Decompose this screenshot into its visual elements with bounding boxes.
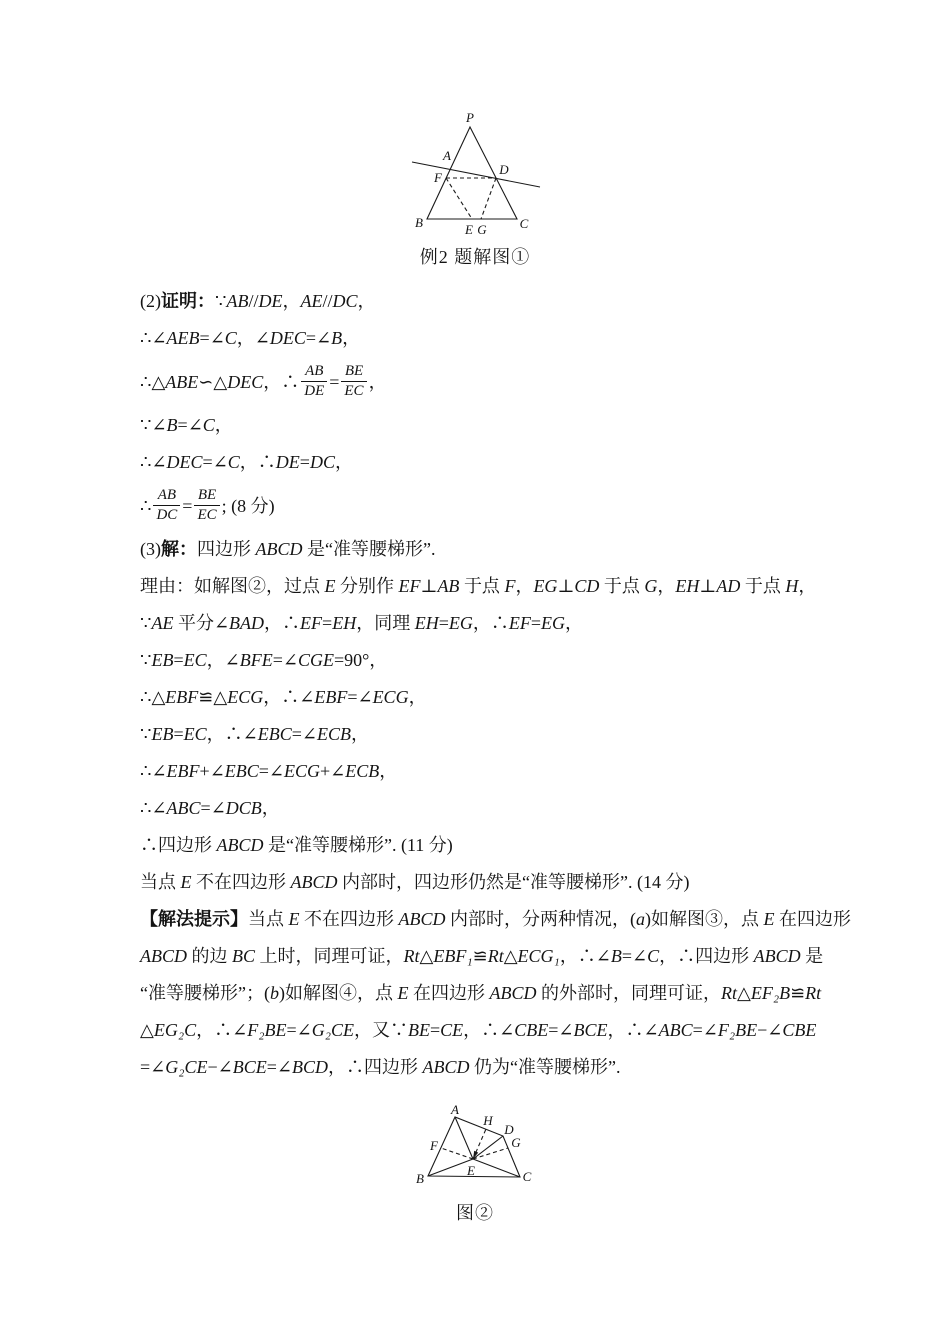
fig1-label-G: G (477, 222, 487, 237)
bold-label: 证明： (161, 291, 215, 311)
proof-line-3: ∴△ABE∽△DEC，∴ABDE=BEEC， (140, 357, 950, 407)
math-text: ∴四边形 ABCD 是“准等腰梯形”. (11 分) (140, 835, 453, 855)
math-text: △EG₂C，∴∠F₂BE=∠G₂CE，又∵BE=CE，∴∠CBE=∠BCE，∴∠… (140, 1020, 816, 1040)
fig2-label-F: F (429, 1138, 439, 1153)
math-text: ABCD 的边 BC 上时，同理可证，Rt△EBF₁≌Rt△ECG₁，∴∠B=∠… (140, 946, 823, 966)
proof-line-8: 理由：如解图②，过点 E 分别作 EF⊥AB 于点 F，EG⊥CD 于点 G，E… (140, 568, 950, 605)
proof-line-14: ∴∠ABC=∠DCB， (140, 790, 950, 827)
fig2-label-E: E (466, 1163, 475, 1178)
proof-line-19: “准等腰梯形”；(b)如解图④，点 E 在四边形 ABCD 的外部时，同理可证，… (140, 975, 950, 1012)
figure1: P A F D B E G C (400, 102, 550, 237)
fig2-label-B: B (416, 1171, 424, 1186)
proof-line-17: 【解法提示】当点 E 不在四边形 ABCD 内部时，分两种情况，(a)如解图③，… (140, 901, 950, 938)
math-text: ∵AB//DE，AE//DC， (215, 291, 376, 311)
figure2-diagram: A H D G F B E C (400, 1094, 550, 1189)
proof-line-5: ∴∠DEC=∠C，∴DE=DC， (140, 444, 950, 481)
worksheet-page: P A F D B E G C 例2 题解图① (2)证明：∵AB//DE，AE… (0, 0, 950, 1225)
math-text: = (329, 372, 339, 392)
dashed-FE (446, 178, 472, 219)
bold-label: 解： (161, 539, 197, 559)
math-text: 理由：如解图②，过点 E 分别作 EF⊥AB 于点 F，EG⊥CD 于点 G，E… (140, 576, 816, 596)
segment-DE (473, 1136, 503, 1159)
fig1-label-B: B (415, 215, 423, 230)
fig1-label-F: F (433, 170, 443, 185)
proof-line-4: ∵∠B=∠C， (140, 407, 950, 444)
proof-line-18: ABCD 的边 BC 上时，同理可证，Rt△EBF₁≌Rt△ECG₁，∴∠B=∠… (140, 938, 950, 975)
bold-label: 【解法提示】 (140, 909, 248, 929)
proof-line-2: ∴∠AEB=∠C，∠DEC=∠B， (140, 320, 950, 357)
math-text: ， (369, 372, 387, 392)
math-text: ∴△ABE∽△DEC，∴ (140, 372, 299, 392)
proof-line-7: (3)解：四边形 ABCD 是“准等腰梯形”. (140, 531, 950, 568)
fig1-label-P: P (465, 110, 474, 125)
proof-line-6: ∴ABDC=BEEC; (8 分) (140, 481, 950, 531)
math-text: =∠G₂CE−∠BCE=∠BCD，∴四边形 ABCD 仍为“准等腰梯形”. (140, 1057, 620, 1077)
math-text: ∵AE 平分∠BAD，∴EF=EH，同理 EH=EG，∴EF=EG， (140, 613, 583, 633)
math-text: ∵EB=EC，∴∠EBC=∠ECB， (140, 724, 369, 744)
proof-line-20: △EG₂C，∴∠F₂BE=∠G₂CE，又∵BE=CE，∴∠CBE=∠BCE，∴∠… (140, 1012, 950, 1049)
proof-line-11: ∴△EBF≌△ECG，∴∠EBF=∠ECG， (140, 679, 950, 716)
figure1-diagram: P A F D B E G C (400, 102, 550, 237)
math-text: ; (8 分) (222, 496, 275, 516)
math-text: ∴△EBF≌△ECG，∴∠EBF=∠ECG， (140, 687, 427, 707)
proof-text: (2)证明：∵AB//DE，AE//DC，∴∠AEB=∠C，∠DEC=∠B，∴△… (140, 283, 950, 1086)
fig1-label-E: E (464, 222, 473, 237)
fig1-label-A: A (442, 148, 451, 163)
proof-line-1: (2)证明：∵AB//DE，AE//DC， (140, 283, 950, 320)
fig2-label-C: C (523, 1169, 532, 1184)
math-text: ∴∠DEC=∠C，∴DE=DC， (140, 452, 353, 472)
fig1-label-D: D (498, 162, 509, 177)
math-text: 当点 E 不在四边形 ABCD 内部时，四边形仍然是“准等腰梯形”. (14 分… (140, 872, 689, 892)
proof-line-10: ∵EB=EC，∠BFE=∠CGE=90°， (140, 642, 950, 679)
fraction: ABDC (153, 487, 180, 525)
dashed-EG (473, 1148, 508, 1159)
math-text: (2) (140, 291, 161, 311)
fig2-label-H: H (482, 1113, 493, 1128)
math-text: ∴ (140, 496, 151, 516)
math-text: ∴∠AEB=∠C，∠DEC=∠B， (140, 328, 360, 348)
transversal-line-AD (412, 162, 540, 187)
fig1-label-C: C (520, 216, 529, 231)
math-text: = (182, 496, 192, 516)
math-text: (3) (140, 539, 161, 559)
figure2: A H D G F B E C (400, 1094, 550, 1189)
math-text: “准等腰梯形”；(b)如解图④，点 E 在四边形 ABCD 的外部时，同理可证，… (140, 983, 821, 1003)
math-text: ∵∠B=∠C， (140, 415, 233, 435)
math-text: 四边形 ABCD 是“准等腰梯形”. (197, 539, 435, 559)
math-text: ∴∠EBF+∠EBC=∠ECG+∠ECB， (140, 761, 397, 781)
document-page: { "figure1": { "caption": "例2 题解图①", "la… (0, 0, 950, 1344)
proof-line-9: ∵AE 平分∠BAD，∴EF=EH，同理 EH=EG，∴EF=EG， (140, 605, 950, 642)
proof-line-13: ∴∠EBF+∠EBC=∠ECG+∠ECB， (140, 753, 950, 790)
figure2-caption: 图② (0, 1199, 950, 1225)
math-text: 当点 E 不在四边形 ABCD 内部时，分两种情况，(a)如解图③，点 E 在四… (248, 909, 851, 929)
proof-line-21: =∠G₂CE−∠BCE=∠BCD，∴四边形 ABCD 仍为“准等腰梯形”. (140, 1049, 950, 1086)
proof-line-16: 当点 E 不在四边形 ABCD 内部时，四边形仍然是“准等腰梯形”. (14 分… (140, 864, 950, 901)
dashed-DG (481, 178, 496, 219)
proof-line-12: ∵EB=EC，∴∠EBC=∠ECB， (140, 716, 950, 753)
fraction: ABDE (301, 363, 327, 401)
proof-line-15: ∴四边形 ABCD 是“准等腰梯形”. (11 分) (140, 827, 950, 864)
figure1-caption: 例2 题解图① (0, 243, 950, 269)
fraction: BEEC (341, 363, 366, 401)
fig2-label-G: G (511, 1135, 521, 1150)
dashed-EF (441, 1148, 473, 1159)
segment-CE (473, 1159, 520, 1177)
math-text: ∵EB=EC，∠BFE=∠CGE=90°， (140, 650, 387, 670)
fig2-label-A: A (450, 1102, 459, 1117)
fraction: BEEC (194, 487, 219, 525)
math-text: ∴∠ABC=∠DCB， (140, 798, 280, 818)
